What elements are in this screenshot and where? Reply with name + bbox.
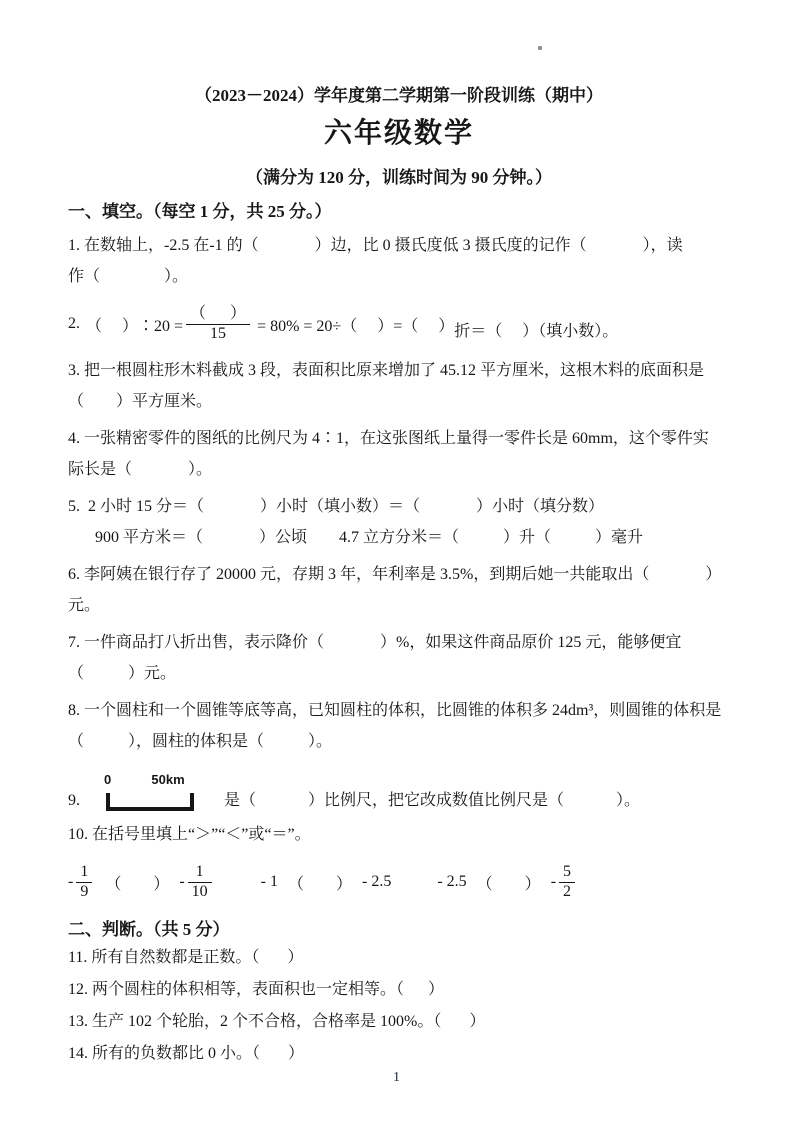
question-1-line-2: 作（ ）。 [68,261,730,292]
question-6-line-2: 元。 [68,590,730,621]
question-2: 2. （ ）∶20 = （ ） 15 = 80% = 20÷（ ）=（ ） 折 … [68,299,730,349]
question-3-line-2: （ ）平方厘米。 [68,386,730,417]
question-9-number: 9. [68,787,80,815]
question-10-comparisons: - 1 9 （ ） - 1 10 - 1 （ ） [68,858,730,906]
scale-bar-bracket [108,793,192,809]
question-5-line-1: 5. 2 小时 15 分＝（ ）小时（填小数）＝（ ）小时（填分数） [68,491,730,522]
minus-sign: - [179,873,184,891]
minus-sign: - [551,873,556,891]
question-2-fraction: （ ） 15 [186,305,250,344]
question-10-heading: 10. 在括号里填上“＞”“＜”或“＝”。 [68,819,730,850]
exam-meta-info: （满分为 120 分，训练时间为 90 分钟。） [68,166,730,190]
comparison-2-right: - 2.5 [362,873,391,891]
question-9-text: 是（ ）比例尺，把它改成数值比例尺是（ ）。 [220,787,640,815]
comparison-2-blank: （ ） [288,871,352,894]
question-5: 5. 2 小时 15 分＝（ ）小时（填小数）＝（ ）小时（填分数） 900 平… [68,491,730,553]
denominator: 10 [188,883,212,901]
fraction-neg-one-tenth: - 1 10 [179,863,214,902]
question-13: 13. 生产 102 个轮胎，2 个不合格，合格率是 100%。（ ） [68,1006,730,1038]
exam-paper-page: （2023－2024）学年度第二学期第一阶段训练（期中） 六年级数学 （满分为 … [0,0,793,1122]
judge-section: 二、判断。（共 5 分） 11. 所有自然数都是正数。（ ） 12. 两个圆柱的… [68,918,730,1070]
comparison-1-blank: （ ） [105,871,169,894]
question-4-line-2: 际长是（ ）。 [68,454,730,485]
question-7-line-2: （ ）元。 [68,658,730,689]
question-4: 4. 一张精密零件的图纸的比例尺为 4∶1，在这张图纸上量得一零件长是 60mm… [68,423,730,485]
scale-bar-zero-label: 0 [104,772,111,787]
page-content: （2023－2024）学年度第二学期第一阶段训练（期中） 六年级数学 （满分为 … [68,84,730,1070]
numerator: 1 [188,863,212,883]
fraction-numerator-blank: （ ） [186,305,250,325]
question-2-equation-left: （ ）∶20 = [86,313,183,336]
numerator: 5 [559,863,575,883]
question-3-line-1: 3. 把一根圆柱形木料截成 3 段，表面积比原来增加了 45.12 平方厘米，这… [68,355,730,386]
comparison-2-left: - 1 [261,873,278,891]
denominator: 2 [559,883,575,901]
question-12: 12. 两个圆柱的体积相等，表面积也一定相等。（ ） [68,974,730,1006]
exam-subtitle: （2023－2024）学年度第二学期第一阶段训练（期中） [68,84,730,108]
minus-sign: - [68,873,73,891]
fraction-denominator: 15 [186,325,250,343]
question-6-line-1: 6. 李阿姨在银行存了 20000 元，存期 3 年，年利率是 3.5%，到期后… [68,559,730,590]
question-7-line-1: 7. 一件商品打八折出售，表示降价（ ）%，如果这件商品原价 125 元，能够便… [68,627,730,658]
section-2-heading: 二、判断。（共 5 分） [68,918,730,942]
question-5-line-2: 900 平方米＝（ ）公顷 4.7 立方分米＝（ ）升（ ）毫升 [68,522,730,553]
scan-speck-artifact [538,46,542,50]
page-number: 1 [0,1070,793,1086]
question-1: 1. 在数轴上，-2.5 在-1 的（ ）边，比 0 摄氏度低 3 摄氏度的记作… [68,230,730,292]
question-8-line-2: （ ），圆柱的体积是（ ）。 [68,726,730,757]
fraction-neg-one-ninth: - 1 9 [68,863,95,902]
map-scale-bar-graphic: 0 50km [88,769,214,815]
question-3: 3. 把一根圆柱形木料截成 3 段，表面积比原来增加了 45.12 平方厘米，这… [68,355,730,417]
scale-bar-50km-label: 50km [151,772,184,787]
question-2-equation-end: ＝（ ）（填小数）。 [470,318,618,341]
numerator: 1 [76,863,92,883]
exam-title: 六年级数学 [68,114,730,154]
question-9: 9. 0 50km 是（ ）比例尺，把它改成数值比例尺是（ ）。 [68,765,730,815]
question-14: 14. 所有的负数都比 0 小。（ ） [68,1038,730,1070]
question-4-line-1: 4. 一张精密零件的图纸的比例尺为 4∶1，在这张图纸上量得一零件长是 60mm… [68,423,730,454]
question-1-line-1: 1. 在数轴上，-2.5 在-1 的（ ）边，比 0 摄氏度低 3 摄氏度的记作… [68,230,730,261]
question-2-equation-mid: = 80% = 20÷（ ）=（ ） [253,313,454,336]
question-8-line-1: 8. 一个圆柱和一个圆锥等底等高，已知圆柱的体积，比圆锥的体积多 24dm³，则… [68,695,730,726]
comparison-3-left: - 2.5 [437,873,466,891]
section-1-heading: 一、填空。（每空 1 分，共 25 分。） [68,200,730,224]
question-8: 8. 一个圆柱和一个圆锥等底等高，已知圆柱的体积，比圆锥的体积多 24dm³，则… [68,695,730,757]
question-2-zhe-char: 折 [454,318,470,341]
comparison-3-blank: （ ） [477,871,541,894]
denominator: 9 [76,883,92,901]
question-7: 7. 一件商品打八折出售，表示降价（ ）%，如果这件商品原价 125 元，能够便… [68,627,730,689]
fraction-neg-five-halves: - 5 2 [551,863,578,902]
question-11: 11. 所有自然数都是正数。（ ） [68,942,730,974]
question-2-number: 2. [68,315,80,333]
question-6: 6. 李阿姨在银行存了 20000 元，存期 3 年，年利率是 3.5%，到期后… [68,559,730,621]
